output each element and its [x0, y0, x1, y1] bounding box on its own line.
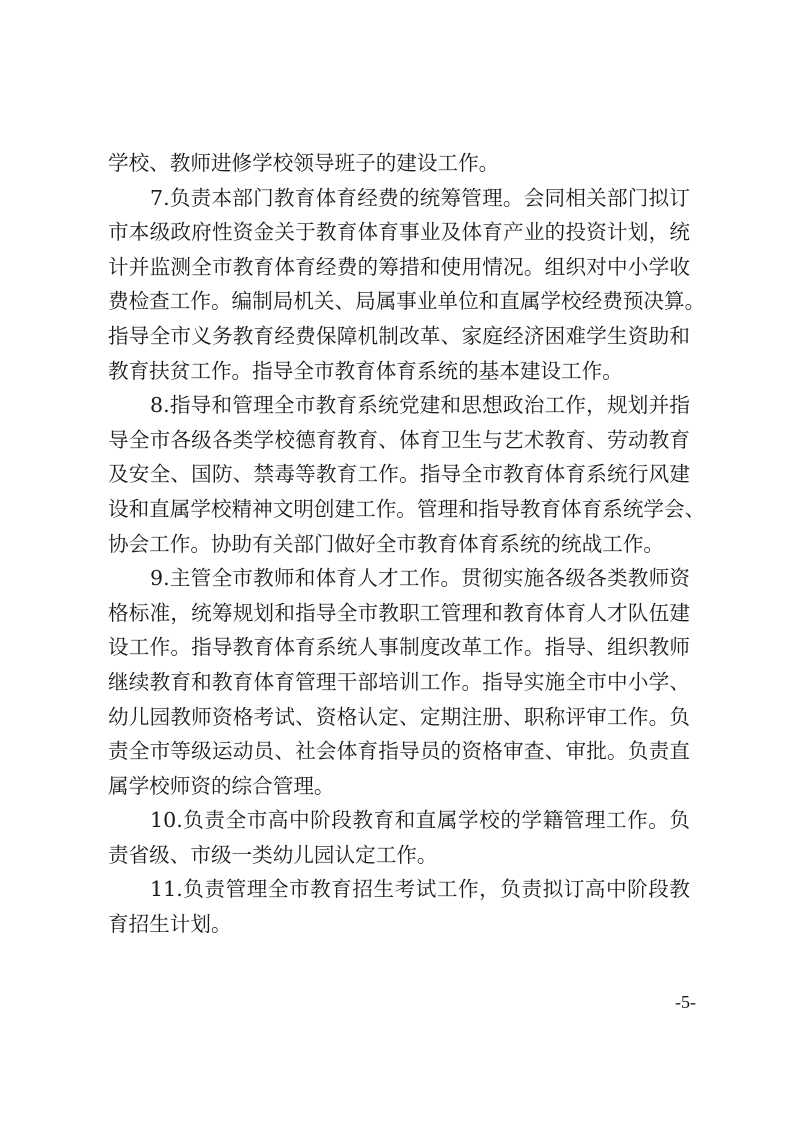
- page-number: -5-: [660, 992, 696, 1013]
- text-line: 设工作。指导教育体育系统人事制度改革工作。指导、组织教师: [108, 630, 690, 665]
- paragraph-9-line: 9.主管全市教师和体育人才工作。贯彻实施各级各类教师资: [108, 561, 690, 596]
- paragraph-10-line: 10.负责全市高中阶段教育和直属学校的学籍管理工作。负: [108, 803, 690, 838]
- paragraph-8-line: 8.指导和管理全市教育系统党建和思想政治工作，规划并指: [108, 388, 690, 423]
- text-line: 属学校师资的综合管理。: [108, 769, 690, 804]
- text-line: 格标准，统筹规划和指导全市教职工管理和教育体育人才队伍建: [108, 596, 690, 631]
- text-line: 设和直属学校精神文明创建工作。管理和指导教育体育系统学会、: [108, 492, 690, 527]
- text-line: 育招生计划。: [108, 907, 690, 942]
- text-line: 市本级政府性资金关于教育体育事业及体育产业的投资计划，统: [108, 215, 690, 250]
- text-line: 费检查工作。编制局机关、局属事业单位和直属学校经费预决算。: [108, 284, 690, 319]
- text-line: 责省级、市级一类幼儿园认定工作。: [108, 838, 690, 873]
- text-line: 继续教育和教育体育管理干部培训工作。指导实施全市中小学、: [108, 665, 690, 700]
- text-line: 及安全、国防、禁毒等教育工作。指导全市教育体育系统行风建: [108, 457, 690, 492]
- document-body: 学校、教师进修学校领导班子的建设工作。 7.负责本部门教育体育经费的统筹管理。会…: [108, 146, 690, 942]
- paragraph-7-line: 7.负责本部门教育体育经费的统筹管理。会同相关部门拟订: [108, 181, 690, 216]
- paragraph-11-line: 11.负责管理全市教育招生考试工作，负责拟订高中阶段教: [108, 872, 690, 907]
- text-line: 计并监测全市教育体育经费的筹措和使用情况。组织对中小学收: [108, 250, 690, 285]
- text-line: 指导全市义务教育经费保障机制改革、家庭经济困难学生资助和: [108, 319, 690, 354]
- text-line: 学校、教师进修学校领导班子的建设工作。: [108, 146, 690, 181]
- text-line: 责全市等级运动员、社会体育指导员的资格审查、审批。负责直: [108, 734, 690, 769]
- text-line: 协会工作。协助有关部门做好全市教育体育系统的统战工作。: [108, 527, 690, 562]
- text-line: 教育扶贫工作。指导全市教育体育系统的基本建设工作。: [108, 354, 690, 389]
- text-line: 幼儿园教师资格考试、资格认定、定期注册、职称评审工作。负: [108, 700, 690, 735]
- text-line: 导全市各级各类学校德育教育、体育卫生与艺术教育、劳动教育: [108, 423, 690, 458]
